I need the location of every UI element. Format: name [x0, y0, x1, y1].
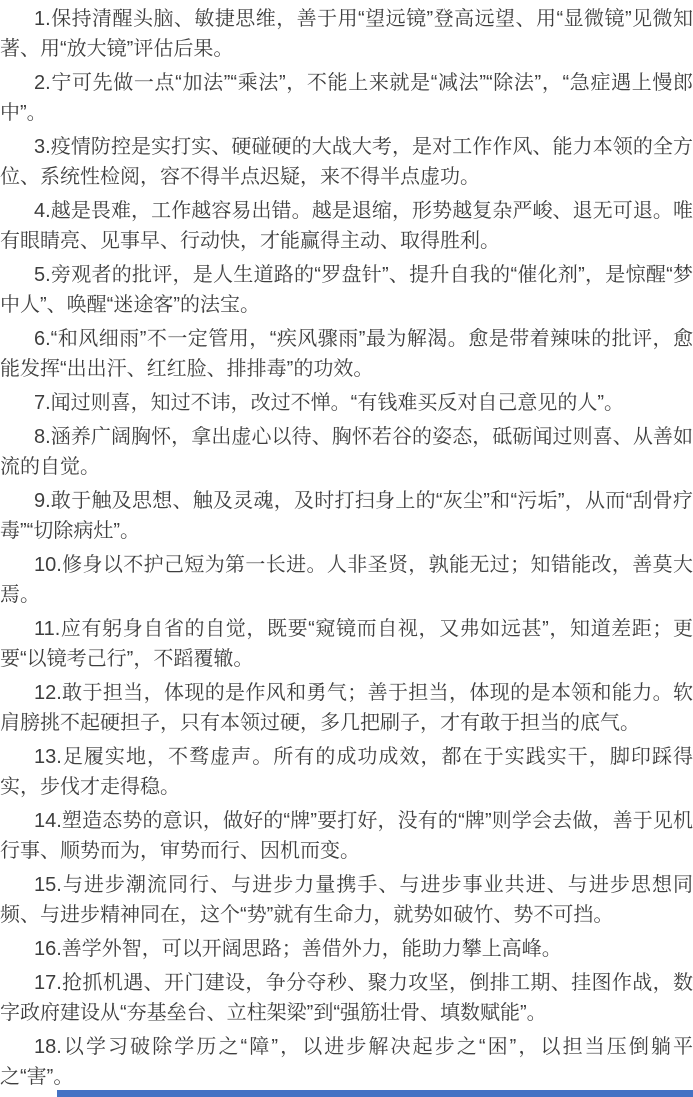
paragraph-5: 5.旁观者的批评，是人生道路的“罗盘针”、提升自我的“催化剂”，是惊醒“梦中人”… [0, 260, 693, 320]
paragraph-10: 10.修身以不护己短为第一长进。人非圣贤，孰能无过；知错能改，善莫大焉。 [0, 550, 693, 610]
paragraph-17: 17.抢抓机遇、开门建设，争分夺秒、聚力攻坚，倒排工期、挂图作战，数字政府建设从… [0, 968, 693, 1028]
paragraph-14: 14.塑造态势的意识，做好的“牌”要打好，没有的“牌”则学会去做，善于见机行事、… [0, 806, 693, 866]
paragraph-18: 18.以学习破除学历之“障”，以进步解决起步之“困”，以担当压倒躺平之“害”。 [0, 1032, 693, 1092]
paragraph-4: 4.越是畏难，工作越容易出错。越是退缩，形势越复杂严峻、退无可退。唯有眼睛亮、见… [0, 196, 693, 256]
paragraph-12: 12.敢于担当，体现的是作风和勇气；善于担当，体现的是本领和能力。软肩膀挑不起硬… [0, 678, 693, 738]
paragraph-7: 7.闻过则喜，知过不讳，改过不惮。“有钱难买反对自己意见的人”。 [0, 388, 693, 418]
bottom-blue-bar [57, 1090, 693, 1097]
paragraph-13: 13.足履实地，不骛虚声。所有的成功成效，都在于实践实干，脚印踩得实，步伐才走得… [0, 742, 693, 802]
paragraph-11: 11.应有躬身自省的自觉，既要“窥镜而自视，又弗如远甚”，知道差距；更要“以镜考… [0, 614, 693, 674]
paragraph-1: 1.保持清醒头脑、敏捷思维，善于用“望远镜”登高远望、用“显微镜”见微知著、用“… [0, 4, 693, 64]
paragraph-6: 6.“和风细雨”不一定管用，“疾风骤雨”最为解渴。愈是带着辣味的批评，愈能发挥“… [0, 324, 693, 384]
document-page: { "document": { "paragraphs": [ "1.保持清醒头… [0, 0, 693, 1097]
paragraph-8: 8.涵养广阔胸怀，拿出虚心以待、胸怀若谷的姿态，砥砺闻过则喜、从善如流的自觉。 [0, 422, 693, 482]
paragraph-2: 2.宁可先做一点“加法”“乘法”，不能上来就是“减法”“除法”，“急症遇上慢郎中… [0, 68, 693, 128]
paragraph-3: 3.疫情防控是实打实、硬碰硬的大战大考，是对工作作风、能力本领的全方位、系统性检… [0, 132, 693, 192]
paragraph-9: 9.敢于触及思想、触及灵魂，及时打扫身上的“灰尘”和“污垢”，从而“刮骨疗毒”“… [0, 486, 693, 546]
paragraph-15: 15.与进步潮流同行、与进步力量携手、与进步事业共进、与进步思想同频、与进步精神… [0, 870, 693, 930]
paragraph-16: 16.善学外智，可以开阔思路；善借外力，能助力攀上高峰。 [0, 934, 693, 964]
article-body: 1.保持清醒头脑、敏捷思维，善于用“望远镜”登高远望、用“显微镜”见微知著、用“… [0, 0, 693, 1092]
